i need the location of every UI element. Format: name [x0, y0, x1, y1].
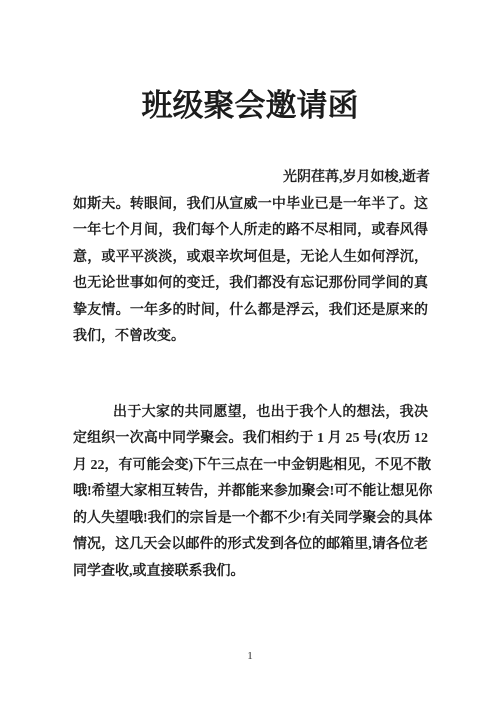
document-body: 光阴荏苒,岁月如梭,逝者如斯夫。转眼间，我们从宣威一中毕业已是一年半了。这一年七… — [0, 165, 500, 585]
page-number: 1 — [0, 649, 500, 663]
text-line: 情况，这几天会以邮件的形式发到各位的邮箱里,请各位老 — [73, 532, 428, 559]
text-line: 如斯夫。转眼间，我们从宣威一中毕业已是一年半了。这 — [73, 192, 428, 219]
text-line: 也无论世事如何的变迁，我们都没有忘记那份同学间的真 — [73, 271, 428, 298]
text-line: 光阴荏苒,岁月如梭,逝者 — [73, 165, 428, 192]
paragraph-opening: 光阴荏苒,岁月如梭,逝者如斯夫。转眼间，我们从宣威一中毕业已是一年半了。这一年七… — [73, 165, 428, 351]
text-line: 的人失望哦!我们的宗旨是一个都不少!有关同学聚会的具体 — [73, 506, 428, 533]
text-line: 意，或平平淡淡，或艰辛坎坷但是，无论人生如何浮沉， — [73, 245, 428, 272]
paragraph-invitation-details: 出于大家的共同愿望，也出于我个人的想法，我决定组织一次高中同学聚会。我们相约于 … — [73, 400, 428, 586]
document-page: 班级聚会邀请函 光阴荏苒,岁月如梭,逝者如斯夫。转眼间，我们从宣威一中毕业已是一… — [0, 0, 500, 707]
text-line: 出于大家的共同愿望，也出于我个人的想法，我决 — [73, 400, 428, 427]
text-line: 我们，不曾改变。 — [73, 324, 428, 351]
page-title: 班级聚会邀请函 — [0, 0, 500, 126]
text-line: 月 22，有可能会变)下午三点在一中金钥匙相见，不见不散 — [73, 453, 428, 480]
text-line: 同学查收,或直接联系我们。 — [73, 559, 428, 586]
text-line: 哦!希望大家相互转告，并都能来参加聚会!可不能让想见你 — [73, 479, 428, 506]
text-line: 挚友情。一年多的时间，什么都是浮云，我们还是原来的 — [73, 298, 428, 325]
text-line: 定组织一次高中同学聚会。我们相约于 1 月 25 号(农历 12 — [73, 426, 428, 453]
text-line: 一年七个月间，我们每个人所走的路不尽相同，或春风得 — [73, 218, 428, 245]
